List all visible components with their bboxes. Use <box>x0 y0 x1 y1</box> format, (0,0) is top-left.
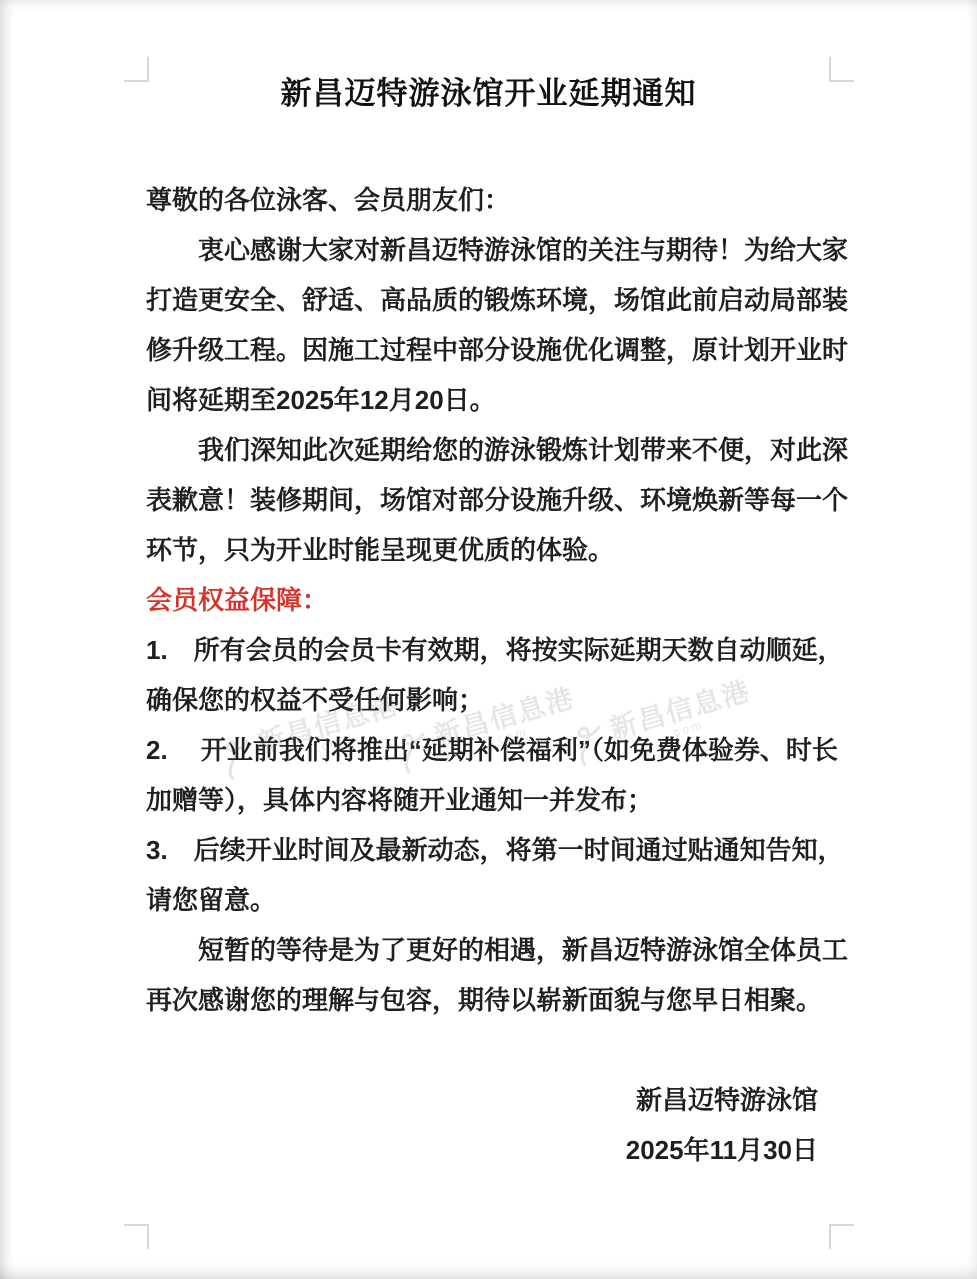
benefit-item-3: 3. 后续开业时间及最新动态，将第一时间通过贴通知告知，请您留意。 <box>146 825 854 925</box>
closing-paragraph: 短暂的等待是为了更好的相遇，新昌迈特游泳馆全体员工再次感谢您的理解与包容，期待以… <box>146 925 854 1025</box>
benefit-item-2: 2. 开业前我们将推出“延期补偿福利”（如免费体验券、时长加赠等），具体内容将随… <box>146 725 854 825</box>
page-corner-mark-bottom-left <box>124 1224 149 1249</box>
paragraph-2: 我们深知此次延期给您的游泳锻炼计划带来不便，对此深表歉意！装修期间，场馆对部分设… <box>146 425 854 575</box>
signature: 新昌迈特游泳馆 <box>146 1075 818 1125</box>
page-corner-mark-bottom-right <box>829 1224 854 1249</box>
paragraph-1: 衷心感谢大家对新昌迈特游泳馆的关注与期待！为给大家打造更安全、舒适、高品质的锻炼… <box>146 225 854 425</box>
notice-body: 尊敬的各位泳客、会员朋友们： 衷心感谢大家对新昌迈特游泳馆的关注与期待！为给大家… <box>146 175 854 1175</box>
benefit-item-1: 1. 所有会员的会员卡有效期，将按实际延期天数自动顺延，确保您的权益不受任何影响… <box>146 625 854 725</box>
signature-date: 2025年11月30日 <box>146 1125 818 1175</box>
salutation: 尊敬的各位泳客、会员朋友们： <box>146 175 854 225</box>
page-title: 新昌迈特游泳馆开业延期通知 <box>0 68 977 113</box>
notice-page: 新昌迈特游泳馆开业延期通知 尊敬的各位泳客、会员朋友们： 衷心感谢大家对新昌迈特… <box>0 0 977 1279</box>
document-photo: 新昌迈特游泳馆开业延期通知 尊敬的各位泳客、会员朋友们： 衷心感谢大家对新昌迈特… <box>0 0 977 1279</box>
signature-block: 新昌迈特游泳馆 2025年11月30日 <box>146 1075 854 1175</box>
benefits-heading: 会员权益保障： <box>146 575 854 625</box>
